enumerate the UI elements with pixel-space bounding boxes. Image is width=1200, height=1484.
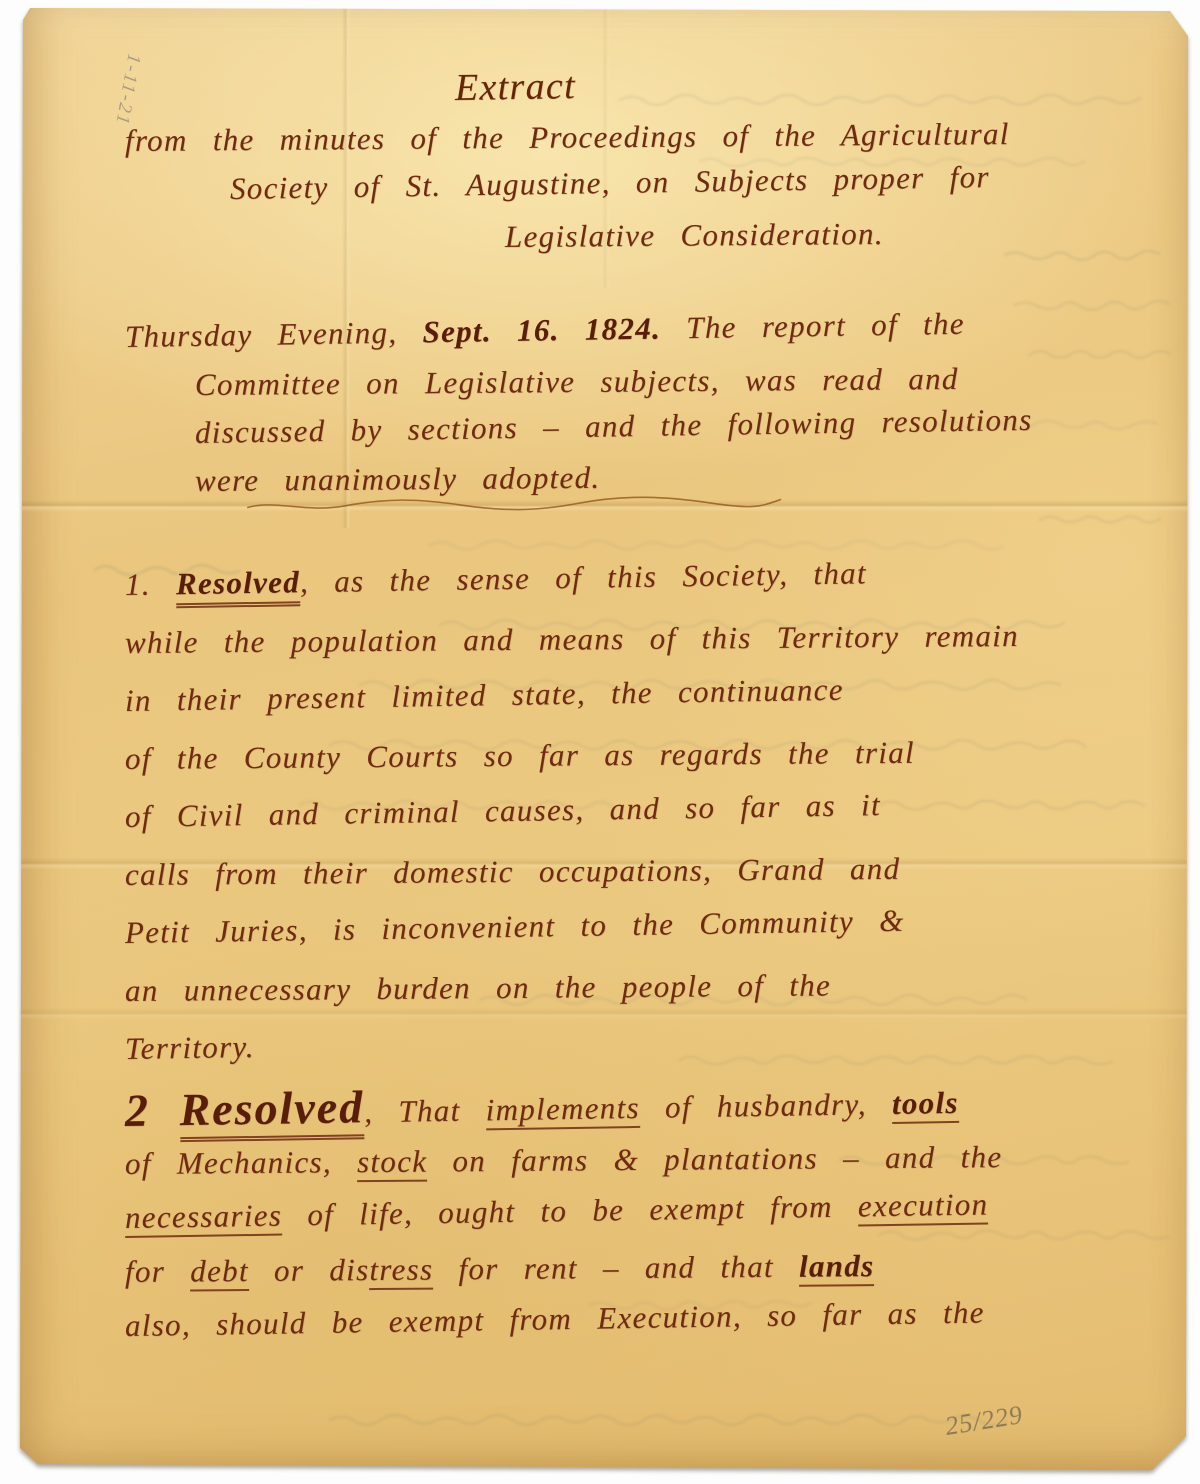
manuscript-word: Committee on Legislative subjects, was r… xyxy=(195,361,959,402)
manuscript-line: Legislative Consideration. xyxy=(505,215,1170,254)
manuscript-word: from the minutes of the Proceedings of t… xyxy=(125,116,1010,158)
pencil-notation-bottom-right: 25/229 xyxy=(943,1400,1025,1442)
manuscript-line: Society of St. Augustine, on Subjects pr… xyxy=(230,157,1170,206)
manuscript-word: while the population and means of this T… xyxy=(125,618,1019,660)
block-res2: 2 Resolved, That implements of husbandry… xyxy=(125,1094,1170,1363)
manuscript-word: lands xyxy=(799,1248,875,1287)
manuscript-line: in their present limited state, the cont… xyxy=(125,668,1170,718)
manuscript-word: for xyxy=(125,1253,191,1289)
manuscript-line: Territory. xyxy=(125,1016,1170,1066)
manuscript-line: necessaries of life, ought to be exempt … xyxy=(125,1185,1170,1235)
manuscript-line: of the County Courts so far as regards t… xyxy=(125,734,1170,776)
manuscript-word: tools xyxy=(892,1085,959,1124)
manuscript-word: Resolved xyxy=(179,1081,365,1142)
manuscript-line: calls from their domestic occupations, G… xyxy=(125,850,1170,892)
manuscript-word: of the County Courts so far as regards t… xyxy=(125,735,915,776)
manuscript-page: Extractfrom the minutes of the Proceedin… xyxy=(20,8,1188,1471)
manuscript-word: of Mechanics, xyxy=(125,1144,357,1181)
manuscript-page-wrapper: Extractfrom the minutes of the Proceedin… xyxy=(20,8,1188,1471)
manuscript-word: for rent – and that xyxy=(433,1249,799,1287)
manuscript-line: while the population and means of this T… xyxy=(125,618,1170,660)
manuscript-line: of Mechanics, stock on farms & plantatio… xyxy=(125,1139,1170,1181)
manuscript-word: 2 xyxy=(124,1084,179,1136)
manuscript-line: 2 Resolved, That implements of husbandry… xyxy=(125,1078,1170,1133)
manuscript-word: implements xyxy=(485,1090,640,1130)
manuscript-word: calls from their domestic occupations, G… xyxy=(125,851,901,892)
manuscript-word: necessaries xyxy=(125,1198,283,1238)
manuscript-word: Extract xyxy=(455,65,577,109)
manuscript-word: Society of St. Augustine, on Subjects pr… xyxy=(230,159,990,206)
manuscript-word: stock xyxy=(357,1144,427,1183)
manuscript-word: on farms & plantations – and the xyxy=(427,1139,1002,1179)
manuscript-word: , That xyxy=(364,1092,486,1129)
manuscript-word: Thursday Evening, xyxy=(125,314,423,354)
manuscript-line: Thursday Evening, Sept. 16. 1824. The re… xyxy=(125,304,1170,354)
block-res1: 1. Resolved, as the sense of this Societ… xyxy=(125,568,1170,1090)
manuscript-line: discussed by sections – and the followin… xyxy=(195,401,1170,450)
scanned-document: { "manuscript": { "title": "Extract", "c… xyxy=(0,0,1200,1484)
manuscript-word: execution xyxy=(858,1186,989,1226)
manuscript-word: , as the sense of this Society, that xyxy=(300,555,867,599)
manuscript-word: Resolved xyxy=(176,564,301,608)
manuscript-word: Petit Juries, is inconvenient to the Com… xyxy=(125,903,905,950)
manuscript-line: from the minutes of the Proceedings of t… xyxy=(125,116,1170,158)
flourish-underline xyxy=(245,493,785,513)
manuscript-word: Legislative Consideration. xyxy=(505,216,884,254)
manuscript-line: an unnecessary burden on the people of t… xyxy=(125,966,1170,1008)
manuscript-word: or dis xyxy=(249,1252,370,1288)
manuscript-word: debt xyxy=(190,1253,249,1291)
manuscript-word: of life, ought to be exempt from xyxy=(282,1188,858,1232)
manuscript-line: were unanimously adopted. xyxy=(195,456,1170,498)
manuscript-word: Territory. xyxy=(125,1029,255,1066)
manuscript-line: Petit Juries, is inconvenient to the Com… xyxy=(125,900,1170,950)
manuscript-word: Sept. 16. 1824. xyxy=(422,311,661,350)
manuscript-word: tress xyxy=(369,1252,433,1291)
manuscript-line: also, should be exempt from Execution, s… xyxy=(125,1293,1170,1343)
manuscript-word: of husbandry, xyxy=(640,1086,893,1125)
block-heading: Extractfrom the minutes of the Proceedin… xyxy=(125,66,1170,268)
manuscript-word: in their present limited state, the cont… xyxy=(125,672,844,718)
manuscript-word: were unanimously adopted. xyxy=(195,460,601,498)
manuscript-word: The report of the xyxy=(661,306,965,346)
manuscript-line: Extract xyxy=(455,55,1171,110)
manuscript-line: Committee on Legislative subjects, was r… xyxy=(195,360,1170,402)
manuscript-word: discussed by sections – and the followin… xyxy=(195,402,1033,450)
manuscript-word: 1. xyxy=(125,566,177,602)
manuscript-word: an unnecessary burden on the people of t… xyxy=(125,967,831,1008)
manuscript-word: of Civil and criminal causes, and so far… xyxy=(125,787,881,834)
manuscript-word: also, should be exempt from Execution, s… xyxy=(125,1294,985,1343)
manuscript-line: of Civil and criminal causes, and so far… xyxy=(125,784,1170,834)
manuscript-line: 1. Resolved, as the sense of this Societ… xyxy=(125,552,1170,602)
block-date: Thursday Evening, Sept. 16. 1824. The re… xyxy=(125,320,1170,512)
manuscript-line: for debt or distress for rent – and that… xyxy=(125,1247,1170,1289)
